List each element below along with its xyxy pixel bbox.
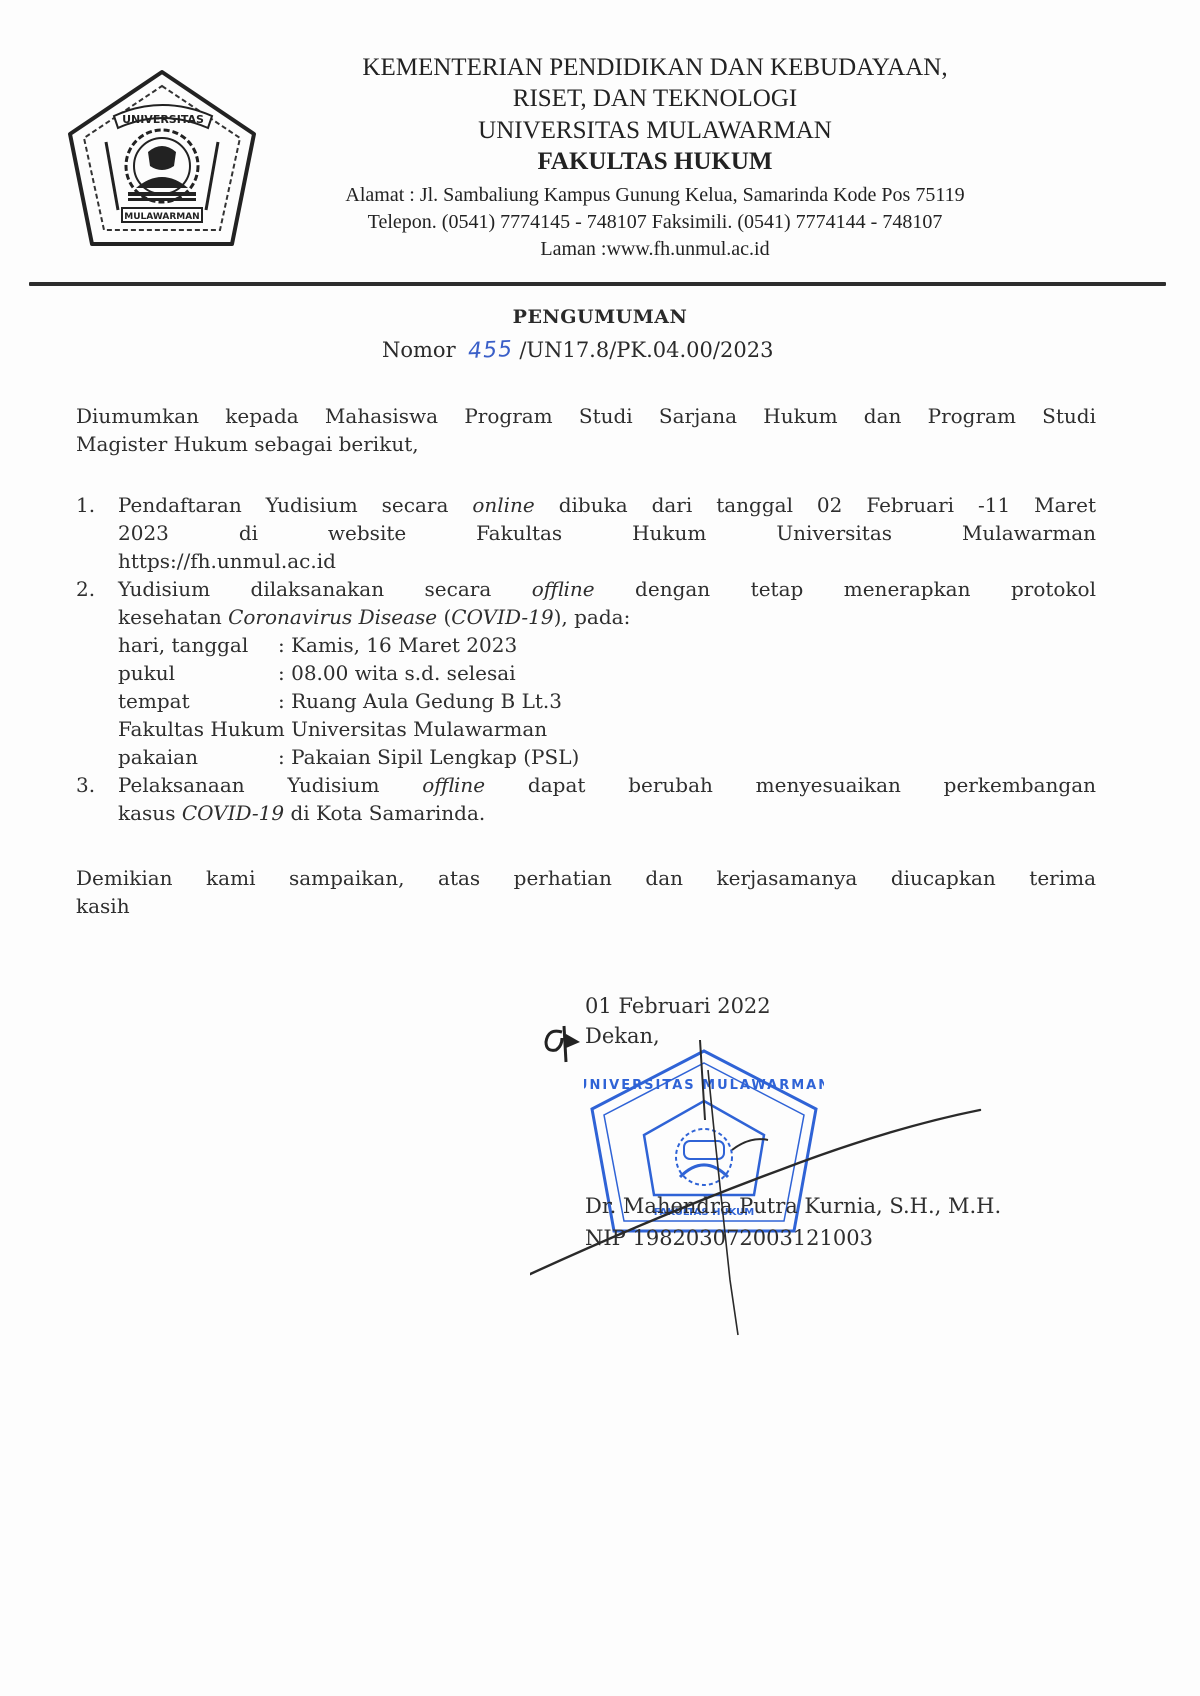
letterhead-divider	[29, 282, 1166, 286]
detail-place: tempat: Ruang Aula Gedung B Lt.3	[118, 687, 1096, 715]
item-2-line-1: Yudisium dilaksanakan secara offline den…	[118, 575, 1096, 603]
university-name: UNIVERSITAS MULAWARMAN	[270, 115, 1040, 147]
list-item: 3. Pelaksanaan Yudisium offline dapat be…	[76, 771, 1096, 827]
phone-fax: Telepon. (0541) 7774145 - 748107 Faksimi…	[265, 209, 1045, 235]
item-3-line-2: kasus COVID-19 di Kota Samarinda.	[118, 799, 1096, 827]
intro-paragraph: Diumumkan kepada Mahasiswa Program Studi…	[76, 402, 1096, 458]
svg-text:UNIVERSITAS MULAWARMAN: UNIVERSITAS MULAWARMAN	[584, 1078, 824, 1093]
document-title: PENGUMUMAN	[0, 306, 1200, 328]
signatory-name: Dr. Mahendra Putra Kurnia, S.H., M.H.	[585, 1194, 1001, 1218]
svg-text:MULAWARMAN: MULAWARMAN	[124, 212, 199, 222]
item-1-line-1: Pendaftaran Yudisium secara online dibuk…	[118, 491, 1096, 519]
item-number: 1.	[76, 491, 95, 519]
detail-attire: pakaian: Pakaian Sipil Lengkap (PSL)	[118, 743, 1096, 771]
signatory-nip: NIP 198203072003121003	[585, 1226, 873, 1250]
detail-date: hari, tanggal: Kamis, 16 Maret 2023	[118, 631, 1096, 659]
svg-text:UNIVERSITAS: UNIVERSITAS	[122, 113, 204, 126]
website: Laman :www.fh.unmul.ac.id	[265, 236, 1045, 262]
document-number: Nomor 455/UN17.8/PK.04.00/2023	[382, 338, 773, 363]
handwritten-number: 455	[462, 337, 520, 365]
faculty-name: FAKULTAS HUKUM	[270, 146, 1040, 178]
intro-line-1: Diumumkan kepada Mahasiswa Program Studi…	[76, 402, 1096, 430]
initial-mark-icon	[540, 1020, 584, 1064]
closing-paragraph: Demikian kami sampaikan, atas perhatian …	[76, 864, 1096, 920]
closing-line-2: kasih	[76, 892, 1096, 920]
announcement-page: UNIVERSITAS MULAWARMAN KEMENTERIAN PENDI…	[0, 0, 1200, 1696]
number-label: Nomor	[382, 338, 456, 362]
item-1-line-2: 2023 di website Fakultas Hukum Universit…	[118, 519, 1096, 547]
signature-date: 01 Februari 2022	[585, 994, 771, 1018]
closing-line-1: Demikian kami sampaikan, atas perhatian …	[76, 864, 1096, 892]
list-item: 1. Pendaftaran Yudisium secara online di…	[76, 491, 1096, 575]
item-number: 3.	[76, 771, 95, 799]
item-1-url: https://fh.unmul.ac.id	[118, 547, 1096, 575]
address: Alamat : Jl. Sambaliung Kampus Gunung Ke…	[265, 182, 1045, 208]
announcement-list: 1. Pendaftaran Yudisium secara online di…	[76, 491, 1096, 827]
item-3-line-1: Pelaksanaan Yudisium offline dapat berub…	[118, 771, 1096, 799]
detail-place-line-2: Fakultas Hukum Universitas Mulawarman	[118, 717, 547, 741]
item-2-line-2: kesehatan Coronavirus Disease (COVID-19)…	[118, 603, 1096, 631]
number-suffix: /UN17.8/PK.04.00/2023	[519, 338, 773, 362]
ministry-line-1: KEMENTERIAN PENDIDIKAN DAN KEBUDAYAAN,	[270, 52, 1040, 84]
item-number: 2.	[76, 575, 95, 603]
list-item: 2. Yudisium dilaksanakan secara offline …	[76, 575, 1096, 771]
university-seal-icon: UNIVERSITAS MULAWARMAN	[62, 66, 262, 256]
ministry-line-2: RISET, DAN TEKNOLOGI	[270, 83, 1040, 115]
intro-line-2: Magister Hukum sebagai berikut,	[76, 430, 1096, 458]
detail-time: pukul: 08.00 wita s.d. selesai	[118, 659, 1096, 687]
